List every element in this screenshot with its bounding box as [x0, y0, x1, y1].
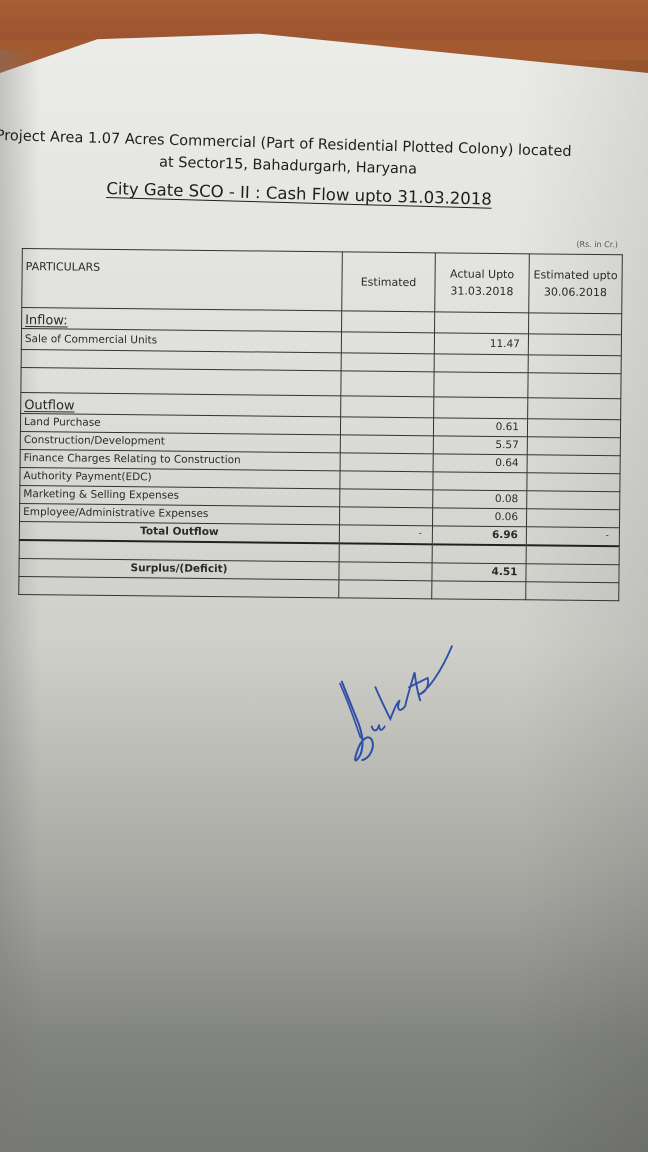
- paper-shadow-right: [518, 60, 648, 1152]
- row-actual: 0.08: [433, 490, 527, 509]
- total-outflow-actual: 6.96: [432, 526, 526, 545]
- desk-background: [0, 0, 648, 40]
- header-actual-date: 31.03.2018: [438, 282, 525, 300]
- surplus-actual: 4.51: [432, 563, 526, 582]
- paper-shadow: [0, 50, 40, 1152]
- header-est-upto-date: 30.06.2018: [532, 283, 618, 301]
- cash-flow-table: PARTICULARS Estimated Actual Upto 31.03.…: [18, 248, 623, 601]
- header-estimated: Estimated: [342, 252, 436, 312]
- row-estimated: [341, 332, 434, 354]
- header-estimated-upto: Estimated upto 30.06.2018: [529, 254, 623, 314]
- header-particulars: PARTICULARS: [22, 249, 343, 311]
- row-actual: 0.61: [433, 418, 527, 437]
- signature-icon: [325, 635, 465, 775]
- total-outflow-estimated-upto: -: [526, 527, 619, 546]
- row-actual: 0.64: [433, 454, 527, 473]
- row-estimated-upto: [528, 334, 621, 356]
- row-actual: 0.06: [432, 508, 526, 527]
- header-est-upto-label: Estimated upto: [533, 266, 619, 284]
- total-outflow-estimated: -: [339, 525, 432, 544]
- table-header-row: PARTICULARS Estimated Actual Upto 31.03.…: [22, 249, 623, 314]
- row-actual: 11.47: [434, 333, 528, 355]
- header-actual-upto: Actual Upto 31.03.2018: [435, 253, 530, 313]
- units-note: (Rs. in Cr.): [576, 240, 618, 249]
- outflow-label: Outflow: [21, 392, 341, 416]
- row-actual: [433, 472, 527, 491]
- row-actual: 5.57: [433, 436, 527, 455]
- header-actual-label: Actual Upto: [439, 265, 526, 283]
